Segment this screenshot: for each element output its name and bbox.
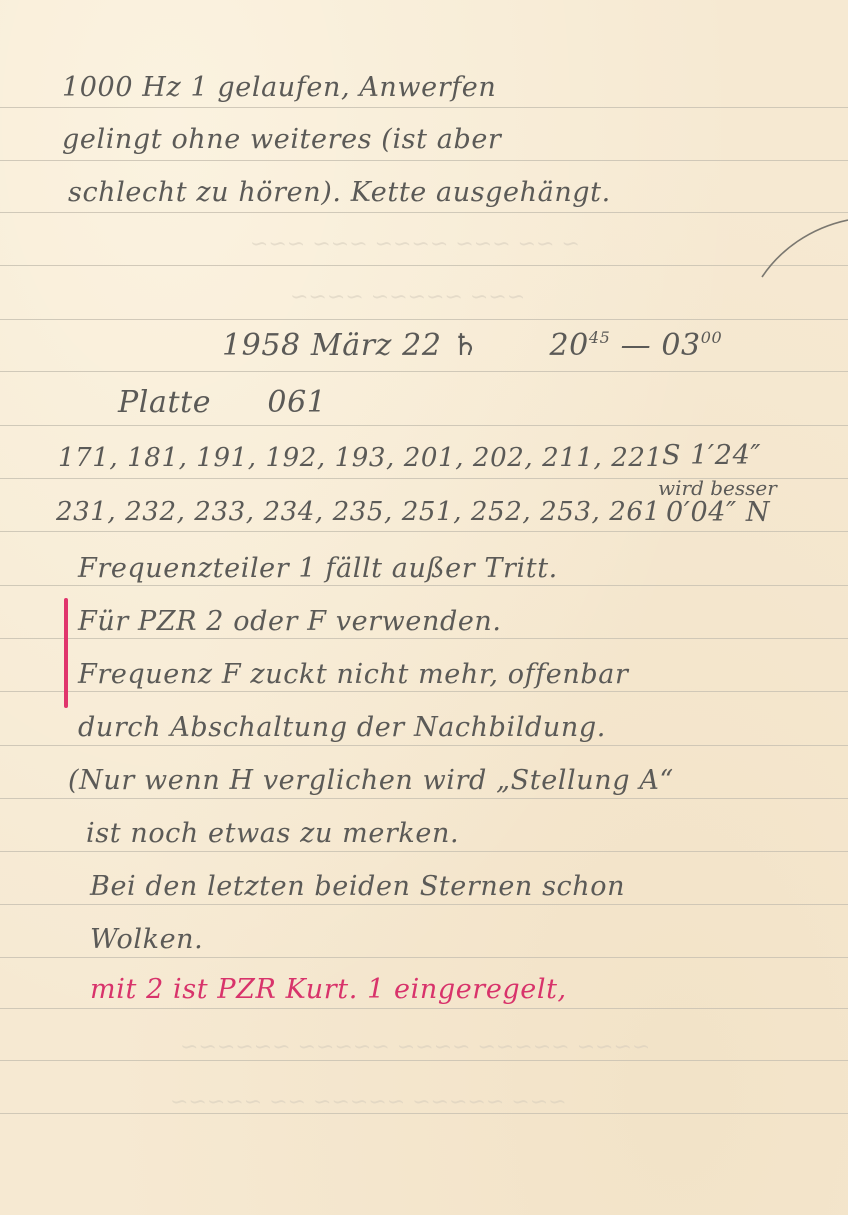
red-margin-mark [64,598,68,708]
exposure-row-1: 171, 181, 191, 192, 193, 201, 202, 211, … [58,443,663,473]
weekday-saturn-symbol: ♄ [452,328,480,363]
note-line-6: ist noch etwas zu merken. [86,818,459,849]
time-end: 0300 [661,328,722,363]
exposure-row-2-value: 0′04″ N [666,497,770,528]
exposure-row-2: 231, 232, 233, 234, 235, 251, 252, 253, … [56,497,661,527]
time-dash: — [621,328,652,363]
note-line-3: Frequenz F zuckt nicht mehr, offenbar [78,659,628,690]
notebook-page: ~ ~~ ~~~ ~~~~ ~~~ ~~~ ~~~ ~~~~~ ~~~~ ~~~… [0,0,848,1215]
time-start: 2045 [549,328,610,363]
entry-year: 1958 [222,328,301,363]
note-line-5: (Nur wenn H verglichen wird „Stellung A“ [68,765,674,796]
red-note-line-1: mit 2 ist PZR Kurt. 1 eingeregelt, [90,974,567,1005]
plate-number: 061 [267,385,326,420]
note-line-4: durch Abschaltung der Nachbildung. [78,712,606,743]
note-line-8: Wolken. [90,924,203,955]
note-line-1: Frequenzteiler 1 fällt außer Tritt. [78,553,558,584]
exposure-row-1-value: S 1′24″ [662,440,761,471]
plate-label: Platte [118,385,211,420]
plate-line: Platte 061 [118,385,326,420]
note-line-7: Bei den letzten beiden Sternen schon [90,871,625,902]
note-line-2: Für PZR 2 oder F verwenden. [78,606,502,637]
entry-date-header: 1958 März 22 ♄ 2045 — 0300 [222,328,722,363]
entry-month-day: März 22 [311,328,442,363]
